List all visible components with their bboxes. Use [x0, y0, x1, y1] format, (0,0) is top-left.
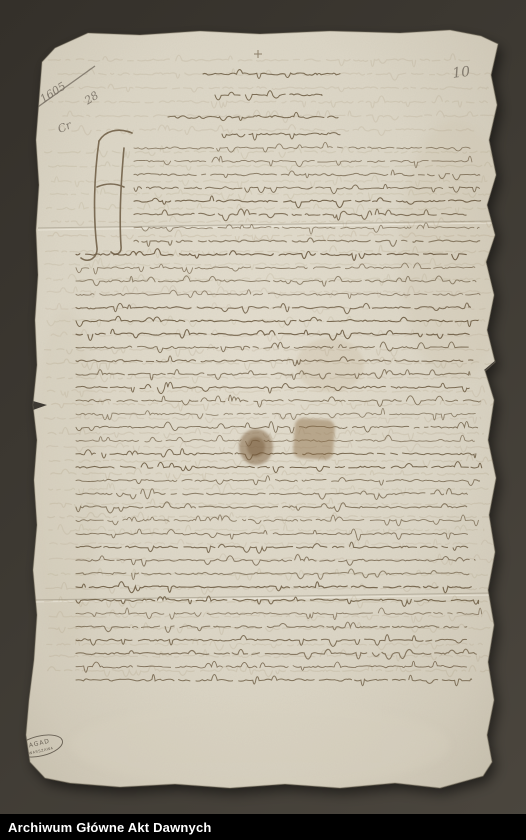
archive-photo-viewer: 1605 28 Cr 10 AGAD WARSZAWA Archiwum Głó…	[0, 0, 526, 840]
aging-patch	[296, 338, 364, 392]
ink-stain	[247, 437, 265, 457]
archive-footer-bar: Archiwum Główne Akt Dawnych	[0, 814, 526, 840]
ink-stain	[293, 418, 336, 461]
document-scan: 1605 28 Cr 10 AGAD WARSZAWA	[0, 0, 526, 840]
aging-patch	[70, 703, 450, 787]
folio-number: 10	[451, 64, 471, 82]
archive-name-label: Archiwum Główne Akt Dawnych	[0, 820, 212, 835]
